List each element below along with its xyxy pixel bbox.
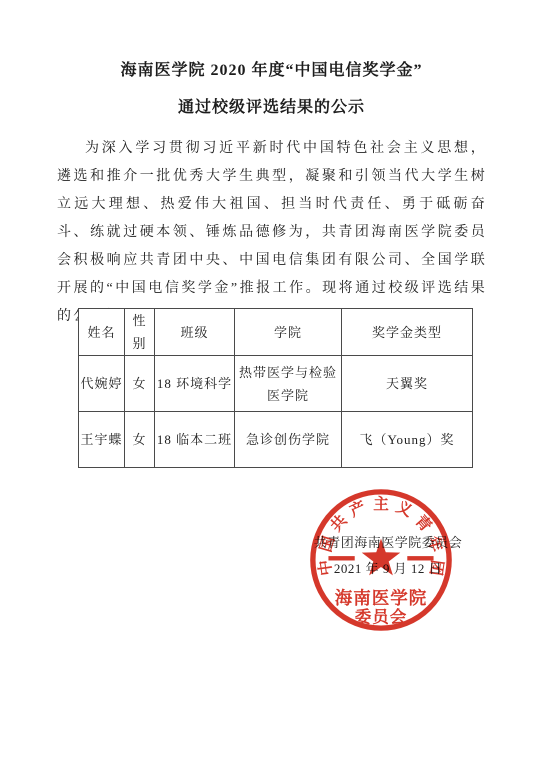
table-row: 王宇蝶 女 18 临本二班 急诊创伤学院 飞（Young）奖 [79, 412, 473, 468]
cell-class: 18 环境科学 [155, 356, 235, 412]
cell-name: 代婉婷 [79, 356, 125, 412]
seal-bottom-text-line1: 海南医学院 [335, 588, 427, 608]
table-row: 代婉婷 女 18 环境科学 热带医学与检验医学院 天翼奖 [79, 356, 473, 412]
header-gender: 性别 [125, 309, 155, 356]
cell-award: 飞（Young）奖 [342, 412, 473, 468]
seal-ring-char: 青 [411, 512, 435, 536]
cell-gender: 女 [125, 412, 155, 468]
cell-college: 急诊创伤学院 [235, 412, 342, 468]
cell-college: 热带医学与检验医学院 [235, 356, 342, 412]
results-table: 姓名 性别 班级 学院 奖学金类型 代婉婷 女 18 环境科学 热带医学与检验医… [78, 308, 473, 468]
table-header-row: 姓名 性别 班级 学院 奖学金类型 [79, 309, 473, 356]
document-title-line2: 通过校级评选结果的公示 [0, 97, 543, 119]
header-class: 班级 [155, 309, 235, 356]
header-college: 学院 [235, 309, 342, 356]
signature-organization: 共青团海南医学院委员会 [312, 534, 464, 552]
seal-bottom-text-line2: 委员会 [355, 606, 408, 626]
seal-ring-char: 产 [347, 497, 369, 521]
cell-gender: 女 [125, 356, 155, 412]
body-paragraph: 为深入学习贯彻习近平新时代中国特色社会主义思想，遴选和推介一批优秀大学生典型，凝… [57, 135, 487, 331]
header-award-type: 奖学金类型 [342, 309, 473, 356]
seal-ring-char: 义 [393, 498, 415, 521]
cell-class: 18 临本二班 [155, 412, 235, 468]
cell-name: 王宇蝶 [79, 412, 125, 468]
seal-ring-char: 共 [327, 511, 351, 535]
document-title-line1: 海南医学院 2020 年度“中国电信奖学金” [0, 60, 543, 82]
announcement-page: 海南医学院 2020 年度“中国电信奖学金” 通过校级评选结果的公示 为深入学习… [0, 0, 543, 768]
seal-ring-char: 主 [373, 494, 389, 513]
signature-date: 2021 年 9 月 12 日 [312, 560, 464, 578]
cell-award: 天翼奖 [342, 356, 473, 412]
signature-block: 共青团海南医学院委员会 2021 年 9 月 12 日 [312, 534, 464, 578]
header-name: 姓名 [79, 309, 125, 356]
